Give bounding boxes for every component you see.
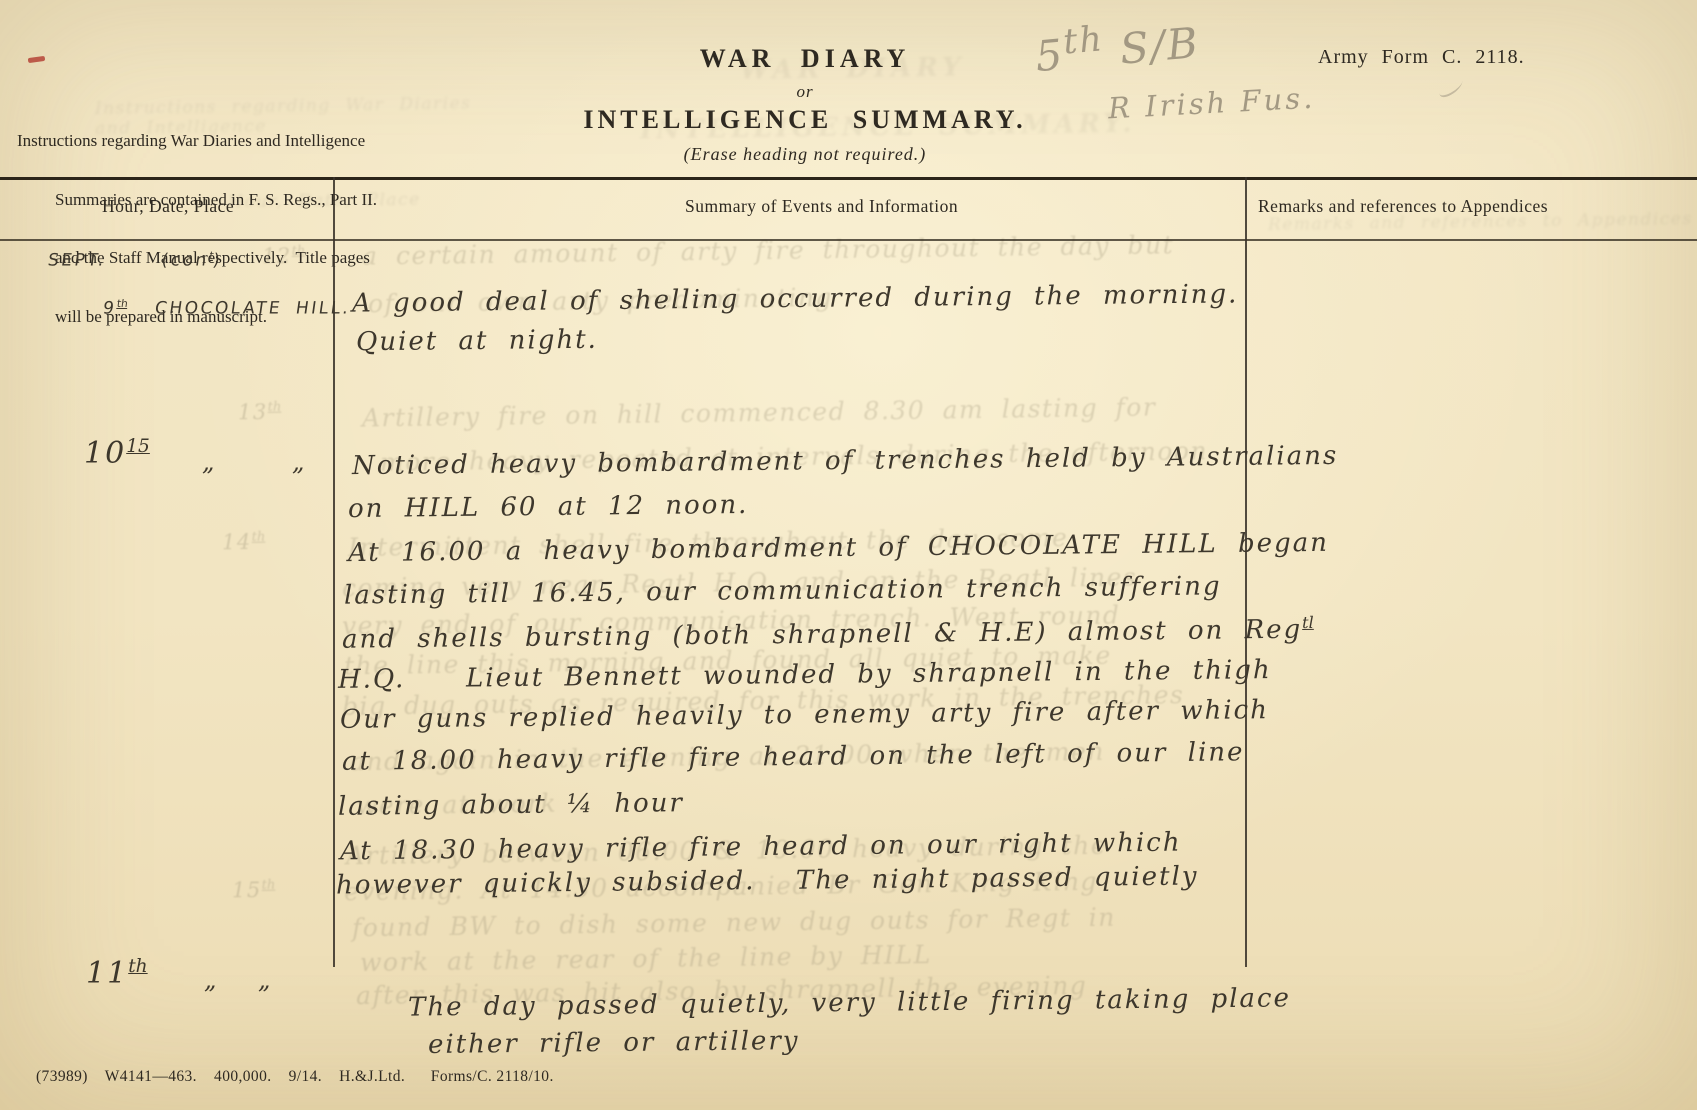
diary-entry-date: 11th	[86, 956, 148, 991]
summary-line: at 18.00 heavy rifle fire heard on the l…	[342, 737, 1245, 776]
bleedthrough-date: 15th	[232, 878, 276, 903]
bleedthrough-date: 14th	[222, 530, 266, 555]
table-column-divider-2	[1245, 177, 1247, 967]
pencil-unit-annotation: 5th S/B	[1033, 11, 1202, 81]
diary-month-label: SEPT. (cont)	[47, 250, 224, 271]
form-title-conjunction: or	[545, 82, 1065, 102]
bleedthrough-text: a certain amount of arty fire throughout…	[362, 230, 1174, 270]
war-diary-form-page: Instructions regarding War Diaries and I…	[0, 0, 1697, 1110]
form-title: WAR DIARY	[545, 44, 1065, 74]
pencil-unit-annotation-line2: R Irish Fus.	[1107, 81, 1316, 126]
summary-line: on HILL 60 at 12 noon.	[348, 490, 749, 524]
ditto-mark: „	[258, 966, 270, 994]
instructions-line: Instructions regarding War Diaries and I…	[17, 131, 377, 151]
army-form-number: Army Form C. 2118.	[1318, 46, 1525, 69]
bleedthrough-text: found BW to dish some new dug outs for R…	[352, 903, 1116, 943]
summary-line: At 18.30 heavy rifle fire heard on our r…	[340, 828, 1182, 867]
bleedthrough-text: work at the rear of the line by HILL	[360, 940, 932, 977]
column-header-summary: Summary of Events and Information	[685, 196, 958, 217]
summary-line: A good deal of shelling occurred during …	[352, 279, 1239, 318]
table-header-rule	[0, 239, 1697, 241]
summary-line: either rifle or artillery	[428, 1026, 800, 1060]
table-column-divider-1	[333, 177, 335, 967]
diary-entry-date-place: 9th CHOCOLATE HILL.	[102, 298, 352, 319]
column-header-hour-date-place: Hour, Date, Place	[102, 196, 234, 217]
red-ink-mark	[28, 56, 46, 63]
bleedthrough-text: Artillery fire on hill commenced 8.30 am…	[362, 392, 1157, 432]
form-instructions: Instructions regarding War Diaries and I…	[17, 92, 377, 365]
summary-line: lasting about ¼ hour	[338, 788, 684, 822]
summary-line: Quiet at night.	[356, 325, 598, 358]
form-heading-note: (Erase heading not required.)	[545, 144, 1065, 165]
table-top-rule	[0, 177, 1697, 180]
pencil-scribble	[1439, 73, 1463, 101]
ditto-mark: „	[204, 966, 216, 994]
bleedthrough-date: 13th	[238, 400, 282, 425]
form-subtitle: INTELLIGENCE SUMMARY.	[545, 105, 1065, 135]
column-header-remarks: Remarks and references to Appendices	[1258, 196, 1548, 217]
ditto-mark: „	[202, 448, 214, 476]
ditto-mark: „	[292, 448, 304, 476]
printer-imprint: (73989) W4141—463. 400,000. 9/14. H.&J.L…	[36, 1068, 554, 1086]
diary-entry-hour: 1015	[84, 436, 150, 471]
form-masthead: WAR DIARY or INTELLIGENCE SUMMARY. (Eras…	[545, 44, 1065, 165]
